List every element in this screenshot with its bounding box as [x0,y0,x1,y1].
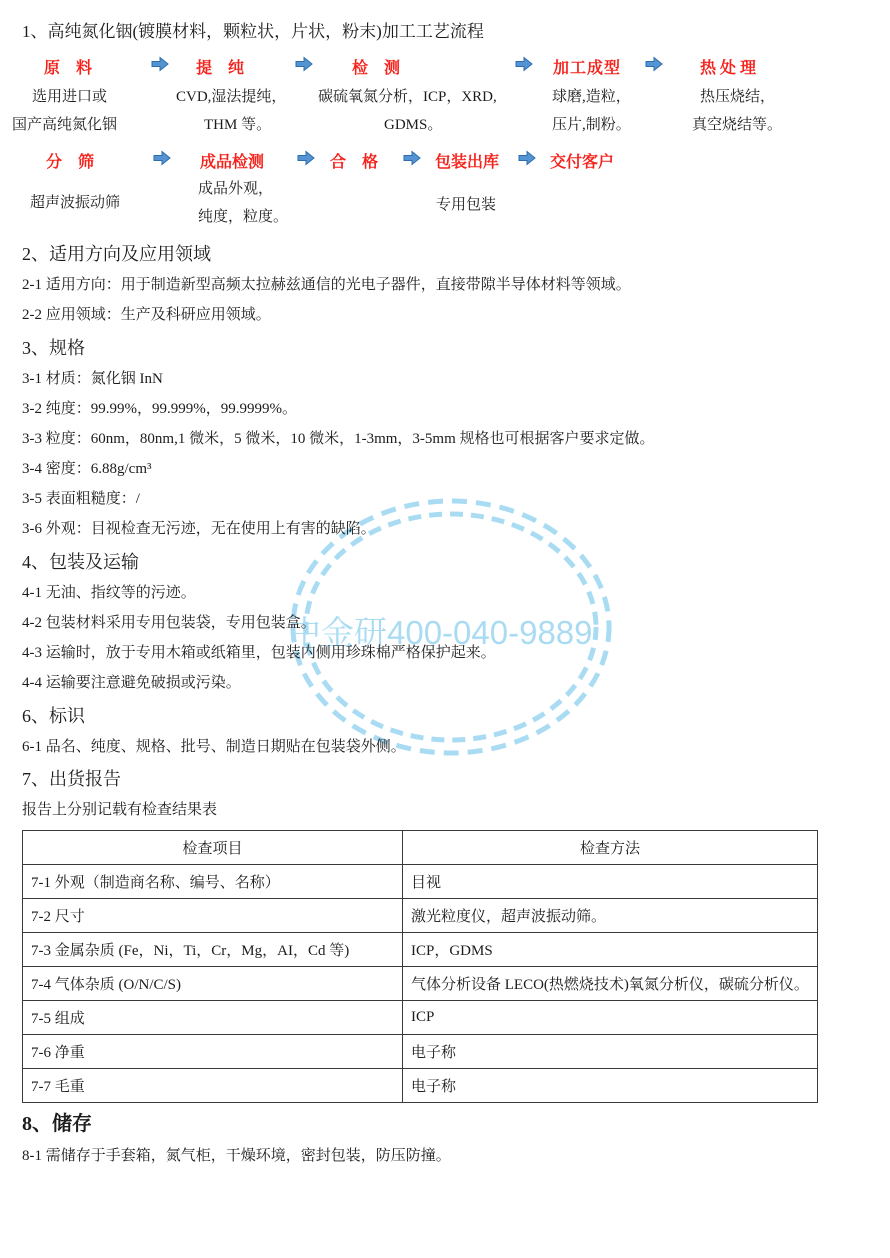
flow-step-desc: 真空烧结等。 [692,116,782,134]
flow-step-desc: THM 等。 [204,116,271,134]
section-paragraph: 4-4 运输要注意避免破损或污染。 [22,673,868,694]
table-row: 7-1 外观（制造商名称、编号、名称） 目视 [23,865,818,899]
section-paragraph: 4-2 包装材料采用专用包装袋，专用包装盒。 [22,613,868,634]
table-cell: 7-5 组成 [23,1001,403,1035]
section-paragraph: 3-6 外观：目视检查无污迹，无在使用上有害的缺陷。 [22,519,868,540]
flow-step-label: 加工成型 [553,60,621,78]
table-row: 7-7 毛重 电子称 [23,1069,818,1103]
table-cell: 气体分析设备 LECO(热燃烧技术)氧氮分析仪，碳硫分析仪。 [403,967,818,1001]
table-cell: ICP，GDMS [403,933,818,967]
table-cell: 7-1 外观（制造商名称、编号、名称） [23,865,403,899]
flow-step-label: 检 测 [352,60,400,78]
flow-step-desc: 国产高纯氮化铟 [12,116,117,134]
section-paragraph: 2-2 应用领域：生产及科研应用领域。 [22,305,868,326]
table-row: 7-2 尺寸 激光粒度仪，超声波振动筛。 [23,899,818,933]
section-paragraph: 4-1 无油、指纹等的污迹。 [22,583,868,604]
section-heading-2: 2、适用方向及应用领域 [22,242,868,266]
flow-step-label: 合 格 [330,154,378,172]
flow-step-desc: 选用进口或 [32,88,107,106]
process-flow-diagram: 原 料 提 纯 检 测 加工成型 热 处 理 选用进口或 国产高纯氮化铟 CVD… [22,44,868,230]
section-heading-3: 3、规格 [22,336,868,360]
table-cell: ICP [403,1001,818,1035]
section-paragraph: 3-1 材质：氮化铟 InN [22,369,868,390]
table-cell: 7-6 净重 [23,1035,403,1069]
flow-step-desc: 压片,制粉。 [552,116,631,134]
flow-step-desc: 超声波振动筛 [30,194,120,212]
section-paragraph: 3-3 粒度：60nm，80nm,1 微米，5 微米，10 微米，1-3mm，3… [22,429,868,450]
flow-arrow-icon [150,56,170,72]
section-heading-4: 4、包装及运输 [22,550,868,574]
flow-step-label: 原 料 [44,60,92,78]
section-paragraph: 2-1 适用方向：用于制造新型高频太拉赫兹通信的光电子器件，直接带隙半导体材料等… [22,275,868,296]
section-paragraph: 3-4 密度：6.88g/cm³ [22,459,868,480]
table-cell: 7-4 气体杂质 (O/N/C/S) [23,967,403,1001]
table-row: 7-5 组成 ICP [23,1001,818,1035]
table-row: 7-4 气体杂质 (O/N/C/S) 气体分析设备 LECO(热燃烧技术)氧氮分… [23,967,818,1001]
table-header-cell: 检查项目 [23,831,403,865]
table-cell: 7-7 毛重 [23,1069,403,1103]
table-cell: 7-2 尺寸 [23,899,403,933]
document-page: 中金研400-040-9889 1、高纯氮化铟(镀膜材料，颗粒状，片状，粉末)加… [0,0,890,1258]
flow-arrow-icon [296,150,316,166]
flow-arrow-icon [514,56,534,72]
flow-step-label: 成品检测 [200,154,264,172]
flow-step-label: 分 筛 [46,154,94,172]
section-paragraph: 3-5 表面粗糙度：/ [22,489,868,510]
table-row: 7-3 金属杂质 (Fe，Ni，Ti，Cr，Mg，AI，Cd 等) ICP，GD… [23,933,818,967]
section-paragraph: 报告上分别记载有检查结果表 [22,800,868,821]
table-cell: 7-3 金属杂质 (Fe，Ni，Ti，Cr，Mg，AI，Cd 等) [23,933,403,967]
section-paragraph: 3-2 纯度：99.99%，99.999%，99.9999%。 [22,399,868,420]
flow-step-desc: 成品外观， [198,180,273,198]
flow-step-label: 热 处 理 [700,60,756,78]
flow-step-desc: 热压烧结， [700,88,775,106]
table-cell: 电子称 [403,1069,818,1103]
flow-step-desc: 球磨,造粒， [552,88,631,106]
table-row: 7-6 净重 电子称 [23,1035,818,1069]
document-content: 1、高纯氮化铟(镀膜材料，颗粒状，片状，粉末)加工工艺流程 原 料 提 纯 检 … [0,0,890,1167]
flow-step-desc: 纯度，粒度。 [198,208,288,226]
table-cell: 目视 [403,865,818,899]
flow-arrow-icon [402,150,422,166]
section-heading-6: 6、标识 [22,704,868,728]
flow-arrow-icon [294,56,314,72]
flow-step-desc: GDMS。 [384,116,442,134]
table-header-cell: 检查方法 [403,831,818,865]
flow-step-label: 交付客户 [550,154,614,172]
section-heading-8: 8、储存 [22,1111,868,1137]
flow-step-label: 提 纯 [196,60,244,78]
section-paragraph: 6-1 品名、纯度、规格、批号、制造日期贴在包装袋外侧。 [22,737,868,758]
inspection-table: 检查项目 检查方法 7-1 外观（制造商名称、编号、名称） 目视 7-2 尺寸 … [22,830,818,1103]
section-paragraph: 8-1 需储存于手套箱，氮气柜，干燥环境，密封包装，防压防撞。 [22,1146,868,1167]
table-header-row: 检查项目 检查方法 [23,831,818,865]
table-cell: 激光粒度仪，超声波振动筛。 [403,899,818,933]
flow-arrow-icon [517,150,537,166]
flow-arrow-icon [152,150,172,166]
flow-step-desc: 专用包装 [436,196,496,214]
flow-step-desc: 碳硫氧氮分析，ICP，XRD, [318,88,497,106]
flow-arrow-icon [644,56,664,72]
section-heading-7: 7、出货报告 [22,767,868,791]
flow-step-label: 包装出库 [435,154,499,172]
page-title: 1、高纯氮化铟(镀膜材料，颗粒状，片状，粉末)加工工艺流程 [22,20,868,44]
table-cell: 电子称 [403,1035,818,1069]
flow-step-desc: CVD,湿法提纯， [176,88,286,106]
section-paragraph: 4-3 运输时，放于专用木箱或纸箱里，包装内侧用珍珠棉严格保护起来。 [22,643,868,664]
